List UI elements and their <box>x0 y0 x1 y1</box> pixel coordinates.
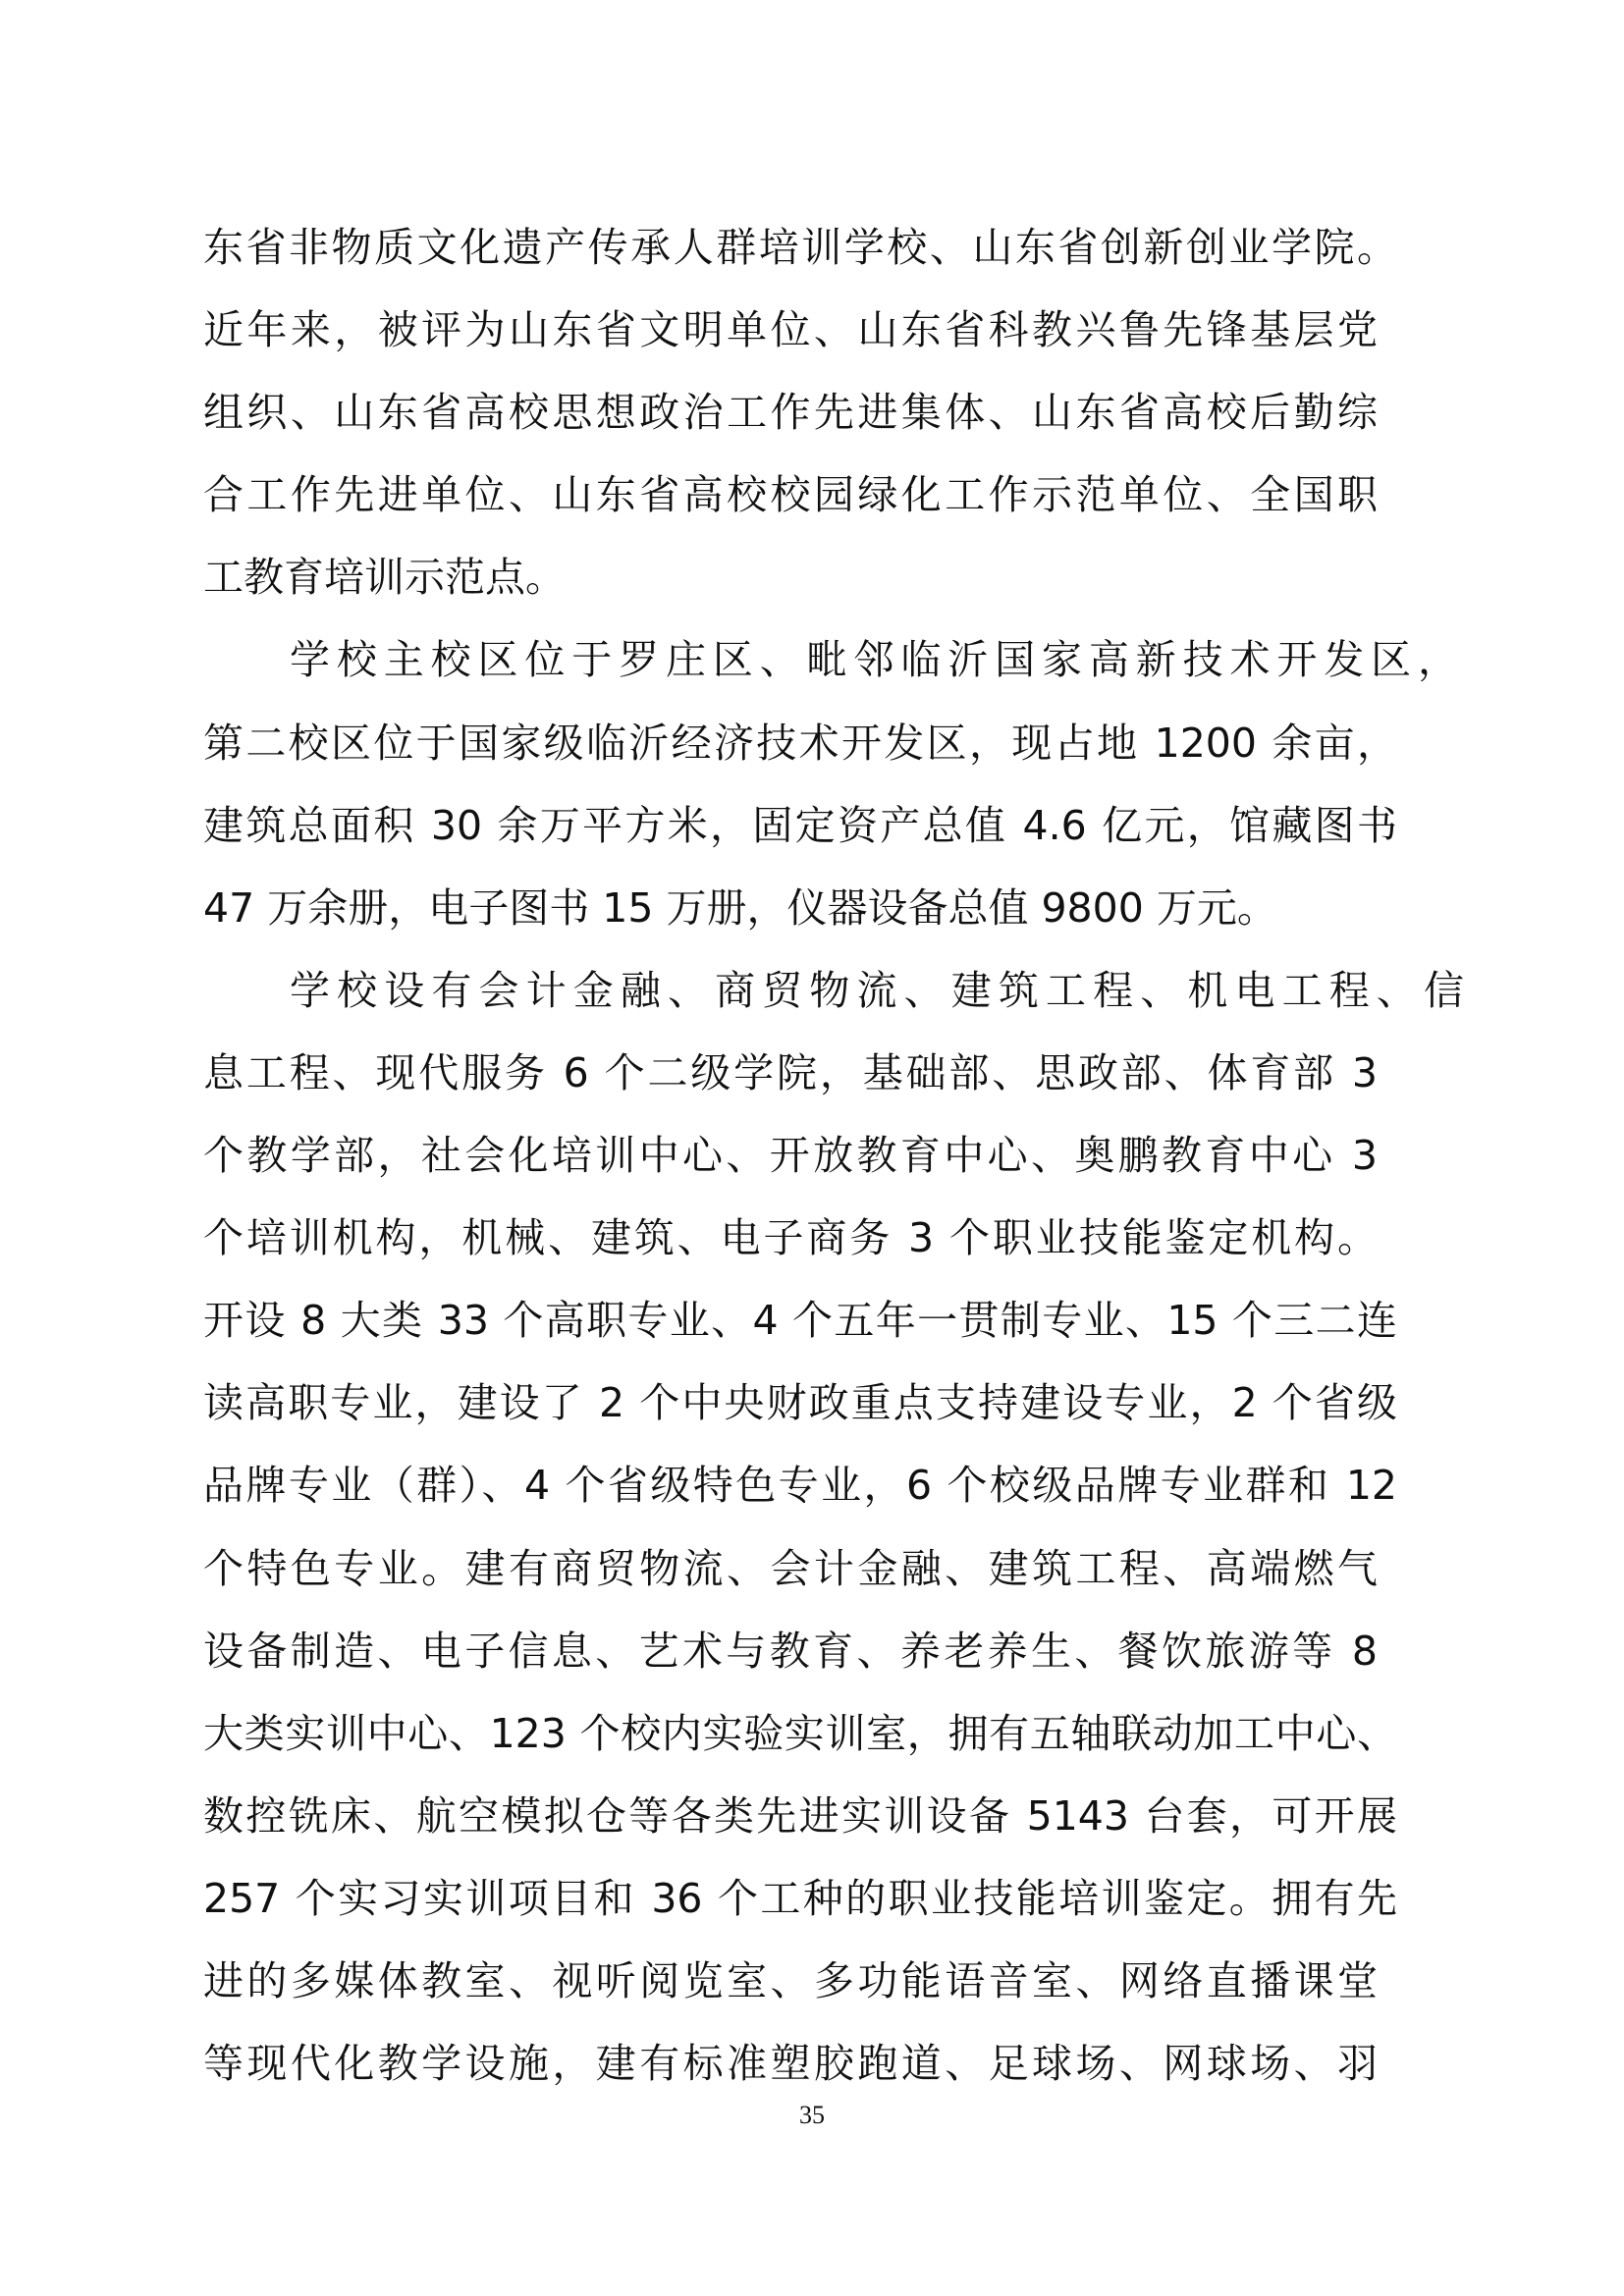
text-line: 个特色专业。建有商贸物流、会计金融、建筑工程、高端燃气 <box>203 1539 1378 1622</box>
paragraph-honors: 东省非物质文化遗产传承人群培训学校、山东省创新创业学院。 近年来，被评为山东省文… <box>203 218 1397 630</box>
text-line: 47 万余册，电子图书 15 万册，仪器设备总值 9800 万元。 <box>203 879 1397 961</box>
text-line: 东省非物质文化遗产传承人群培训学校、山东省创新创业学院。 <box>203 218 1397 300</box>
text-line: 个教学部，社会化培训中心、开放教育中心、奥鹏教育中心 3 <box>203 1126 1378 1208</box>
text-line: 品牌专业（群）、4 个省级特色专业，6 个校级品牌专业群和 12 <box>203 1456 1397 1538</box>
document-body: 东省非物质文化遗产传承人群培训学校、山东省创新创业学院。 近年来，被评为山东省文… <box>203 218 1397 2116</box>
text-line: 257 个实习实训项目和 36 个工种的职业技能培训鉴定。拥有先 <box>203 1869 1397 1951</box>
text-line: 设备制造、电子信息、艺术与教育、养老养生、餐饮旅游等 8 <box>203 1622 1378 1704</box>
text-line: 学校设有会计金融、商贸物流、建筑工程、机电工程、信 <box>203 961 1464 1043</box>
text-line: 数控铣床、航空模拟仓等各类先进实训设备 5143 台套，可开展 <box>203 1787 1397 1869</box>
page-number: 35 <box>0 2101 1624 2130</box>
paragraph-campus: 学校主校区位于罗庄区、毗邻临沂国家高新技术开发区， 第二校区位于国家级临沂经济技… <box>203 630 1397 960</box>
text-line: 学校主校区位于罗庄区、毗邻临沂国家高新技术开发区， <box>203 630 1458 713</box>
text-line: 息工程、现代服务 6 个二级学院，基础部、思政部、体育部 3 <box>203 1043 1378 1126</box>
text-line: 读高职专业，建设了 2 个中央财政重点支持建设专业，2 个省级 <box>203 1373 1397 1456</box>
document-page: 东省非物质文化遗产传承人群培训学校、山东省创新创业学院。 近年来，被评为山东省文… <box>0 0 1624 2296</box>
text-line: 组织、山东省高校思想政治工作先进集体、山东省高校后勤综 <box>203 383 1378 465</box>
text-line: 开设 8 大类 33 个高职专业、4 个五年一贯制专业、15 个三二连 <box>203 1291 1397 1373</box>
text-line: 进的多媒体教室、视听阅览室、多功能语音室、网络直播课堂 <box>203 1951 1378 2034</box>
text-line: 第二校区位于国家级临沂经济技术开发区，现占地 1200 余亩， <box>203 714 1397 796</box>
paragraph-structure: 学校设有会计金融、商贸物流、建筑工程、机电工程、信 息工程、现代服务 6 个二级… <box>203 961 1397 2116</box>
text-line: 工教育培训示范点。 <box>203 548 1397 630</box>
text-line: 合工作先进单位、山东省高校校园绿化工作示范单位、全国职 <box>203 465 1378 548</box>
text-line: 个培训机构，机械、建筑、电子商务 3 个职业技能鉴定机构。 <box>203 1208 1378 1291</box>
text-line: 建筑总面积 30 余万平方米，固定资产总值 4.6 亿元，馆藏图书 <box>203 796 1397 879</box>
text-line: 近年来，被评为山东省文明单位、山东省科教兴鲁先锋基层党 <box>203 300 1378 383</box>
text-line: 大类实训中心、123 个校内实验实训室，拥有五轴联动加工中心、 <box>203 1704 1397 1787</box>
